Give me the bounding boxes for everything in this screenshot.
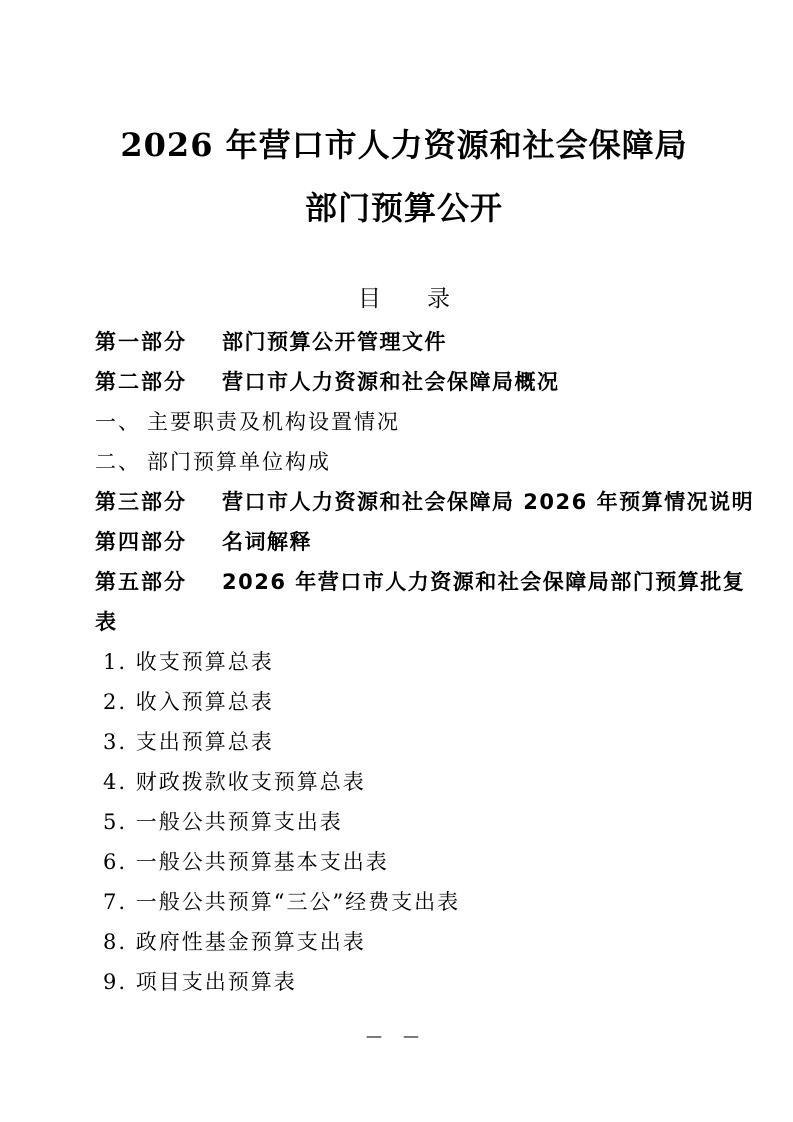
toc-item-text: 部门预算公开管理文件 — [222, 330, 447, 354]
toc-item-text: 营口市人力资源和社会保障局 2026 年预算情况说明 — [222, 490, 754, 514]
toc-item-label: 第三部分 — [95, 482, 222, 522]
toc-list: 第一部分部门预算公开管理文件 第二部分营口市人力资源和社会保障局概况 一、主要职… — [95, 322, 713, 642]
budget-table-item: 6. 一般公共预算基本支出表 — [95, 842, 713, 882]
document-page: 2026 年营口市人力资源和社会保障局 部门预算公开 目 录 第一部分部门预算公… — [0, 0, 793, 1122]
toc-item-part5: 第五部分2026 年营口市人力资源和社会保障局部门预算批复 — [95, 562, 713, 602]
page-number: — — — [0, 1026, 793, 1045]
doc-title-line2: 部门预算公开 — [95, 189, 713, 227]
toc-subitem-text: 部门预算单位构成 — [147, 450, 331, 474]
budget-table-item: 2. 收入预算总表 — [95, 682, 713, 722]
budget-table-item: 3. 支出预算总表 — [95, 722, 713, 762]
toc-item-label: 第四部分 — [95, 522, 222, 562]
budget-table-item: 1. 收支预算总表 — [95, 642, 713, 682]
document-content: 2026 年营口市人力资源和社会保障局 部门预算公开 目 录 第一部分部门预算公… — [0, 0, 793, 1002]
toc-item-label: 第二部分 — [95, 362, 222, 402]
budget-table-list: 1. 收支预算总表 2. 收入预算总表 3. 支出预算总表 4. 财政拨款收支预… — [95, 642, 713, 1002]
toc-item-part4: 第四部分名词解释 — [95, 522, 713, 562]
toc-item-text: 表 — [95, 610, 118, 634]
toc-item-part5-wrap-tail: 表 — [95, 602, 713, 642]
toc-heading: 目 录 — [95, 286, 713, 312]
toc-item-part1: 第一部分部门预算公开管理文件 — [95, 322, 713, 362]
budget-table-item: 8. 政府性基金预算支出表 — [95, 922, 713, 962]
toc-subitem-2: 二、部门预算单位构成 — [95, 442, 713, 482]
doc-title-line1: 2026 年营口市人力资源和社会保障局 — [95, 126, 713, 164]
toc-subitem-label: 二、 — [95, 442, 147, 482]
toc-subitem-label: 一、 — [95, 402, 147, 442]
budget-table-item: 4. 财政拨款收支预算总表 — [95, 762, 713, 802]
toc-item-text: 名词解释 — [222, 530, 312, 554]
toc-item-label: 第五部分 — [95, 562, 222, 602]
toc-item-text: 营口市人力资源和社会保障局概况 — [222, 370, 560, 394]
toc-item-label: 第一部分 — [95, 322, 222, 362]
toc-item-text: 2026 年营口市人力资源和社会保障局部门预算批复 — [222, 570, 745, 594]
toc-item-part3: 第三部分营口市人力资源和社会保障局 2026 年预算情况说明 — [95, 482, 713, 522]
toc-item-part2: 第二部分营口市人力资源和社会保障局概况 — [95, 362, 713, 402]
budget-table-item: 9. 项目支出预算表 — [95, 962, 713, 1002]
budget-table-item: 5. 一般公共预算支出表 — [95, 802, 713, 842]
toc-subitem-text: 主要职责及机构设置情况 — [147, 410, 400, 434]
toc-subitem-1: 一、主要职责及机构设置情况 — [95, 402, 713, 442]
budget-table-item: 7. 一般公共预算“三公”经费支出表 — [95, 882, 713, 922]
